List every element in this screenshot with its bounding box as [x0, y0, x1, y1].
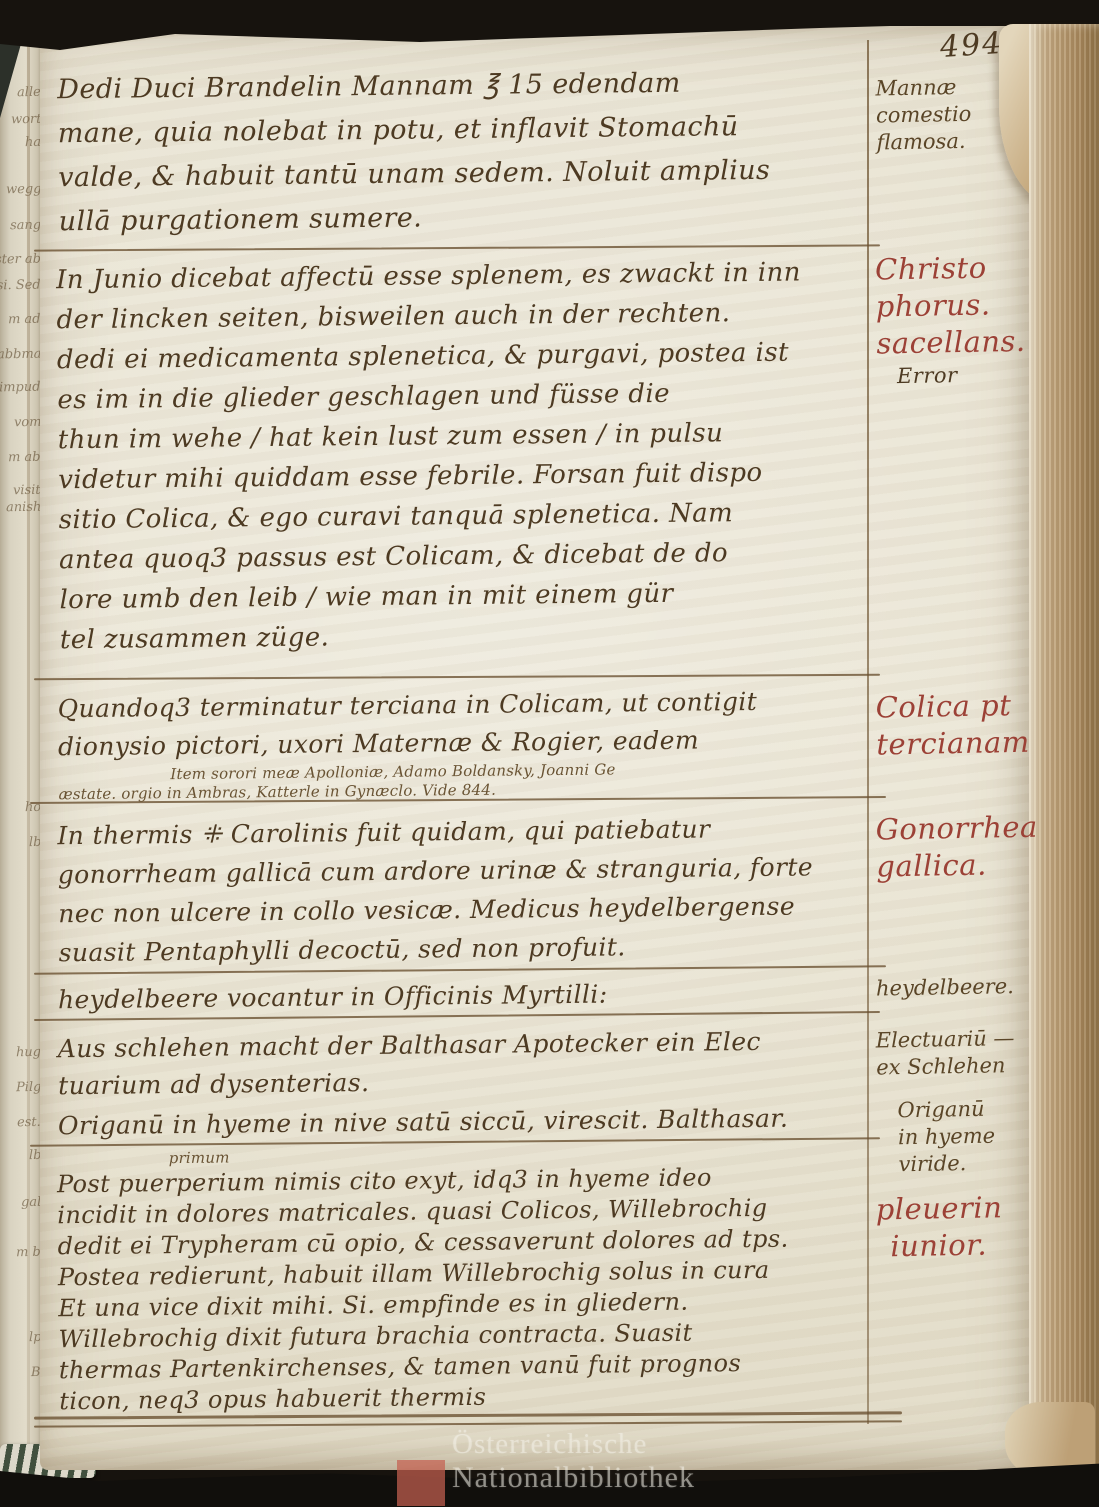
- manuscript-photo: alleworthaweggsangster abssi. Sedm adabb…: [0, 0, 1099, 1507]
- bleedthrough-fragment: ssi. Sed: [0, 278, 41, 294]
- bleedthrough-fragment: gal: [21, 1195, 41, 1210]
- bleedthrough-fragment: wegg: [5, 182, 41, 198]
- margin-note-manna: Mannæcomestioflamosa.: [875, 73, 1046, 157]
- margin-note-heydelbeere: heydelbeere.: [876, 973, 1046, 1003]
- manuscript-line: dedi ei medicamenta splenetica, & purgav…: [57, 332, 872, 381]
- margin-note-line: sacellans.: [876, 323, 1047, 363]
- margin-note-electuarium: Electuariū —ex Schlehen: [876, 1025, 1047, 1082]
- watermark-line-1: Österreichische: [452, 1428, 695, 1461]
- margin-note-christophorus: Christophorus.sacellans.Error: [875, 249, 1047, 391]
- bleedthrough-fragment: alle: [17, 85, 41, 100]
- margin-note-line: gallica.: [876, 846, 1047, 886]
- bleedthrough-fragment: ha: [25, 135, 41, 150]
- margin-note-line: heydelbeere.: [876, 973, 1046, 1003]
- margin-note-line: pleuerin: [875, 1189, 1046, 1229]
- bleedthrough-fragment: Pilg: [15, 1080, 41, 1095]
- margin-note-line: ex Schlehen: [876, 1052, 1046, 1082]
- margin-note-origanum: Origanūin hyemeviride.: [875, 1094, 1068, 1178]
- section-splen-colica-entry: In Junio dicebat affectū esse splenem, e…: [56, 252, 875, 661]
- bleedthrough-fragment: vom: [13, 415, 41, 430]
- margin-note-line: Electuariū —: [876, 1025, 1046, 1055]
- bleedthrough-fragment: visit: [13, 483, 41, 498]
- bleedthrough-fragment: m ad: [8, 312, 41, 328]
- margin-note-line: tercianam: [876, 724, 1047, 764]
- margin-note-line: Christo: [875, 249, 1046, 289]
- margin-note-line: comestio: [876, 100, 1046, 130]
- margin-note-line: Origanū: [897, 1094, 1067, 1124]
- page-number: 494: [939, 26, 1005, 65]
- manuscript-line: videtur mihi quiddam esse febrile. Forsa…: [58, 452, 873, 501]
- margin-note-line: flamosa.: [876, 127, 1046, 157]
- bleedthrough-fragment: est.: [17, 1115, 41, 1130]
- manuscript-line: valde, & habuit tantū unam sedem. Noluit…: [58, 148, 873, 201]
- bleedthrough-fragment: abbma: [0, 347, 41, 363]
- section-pleuerin-entry: primumPost puerperium nimis cito exyt, i…: [57, 1142, 875, 1418]
- manuscript-line: tel zusammen züge.: [60, 612, 875, 661]
- bleedthrough-fragment: wort: [10, 112, 41, 128]
- bleedthrough-fragment: impud: [0, 380, 41, 396]
- bleedthrough-fragment: anish: [6, 500, 42, 516]
- margin-note-line: viride.: [898, 1148, 1068, 1178]
- margin-note-line: phorus.: [875, 286, 1046, 326]
- library-watermark: Österreichische Nationalbibliothek: [452, 1428, 695, 1494]
- margin-note-line: Error: [897, 360, 1047, 391]
- section-terciana-entry: Quandoq3 terminatur terciana in Colicam,…: [57, 682, 873, 805]
- bleedthrough-fragment: m b: [16, 1245, 41, 1260]
- margin-note-line: in hyeme: [898, 1121, 1068, 1151]
- bleedthrough-fragment: ster ab: [0, 252, 41, 268]
- margin-note-line: Colica pt: [875, 687, 1046, 727]
- section-gonorrhea-entry: In thermis ⁜ Carolinis fuit quidam, qui …: [57, 808, 874, 973]
- margin-note-gonorrhea: Gonorrheagallica.: [875, 809, 1046, 886]
- margin-note-line: Gonorrhea: [875, 809, 1046, 849]
- margin-note-colica: Colica pttercianam: [875, 687, 1046, 764]
- margin-note-pleuerin: pleueriniunior.: [875, 1189, 1046, 1266]
- bleedthrough-fragment: hug: [16, 1045, 41, 1060]
- manuscript-line: In Junio dicebat affectū esse splenem, e…: [56, 252, 871, 301]
- bleedthrough-fragment: m ab: [8, 450, 41, 466]
- section-manna-entry: Dedi Duci Brandelin Mannam ℥ 15 edendamm…: [57, 60, 874, 245]
- manuscript-line: ullā purgationem sumere.: [58, 192, 873, 245]
- onb-logo: [397, 1460, 445, 1506]
- bleedthrough-fragment: sang: [10, 218, 41, 234]
- margin-note-line: Mannæ: [875, 73, 1045, 103]
- margin-note-line: iunior.: [890, 1226, 1047, 1266]
- watermark-line-2: Nationalbibliothek: [452, 1461, 695, 1494]
- section-electuarium-entry: Aus schlehen macht der Balthasar Apoteck…: [58, 1022, 874, 1105]
